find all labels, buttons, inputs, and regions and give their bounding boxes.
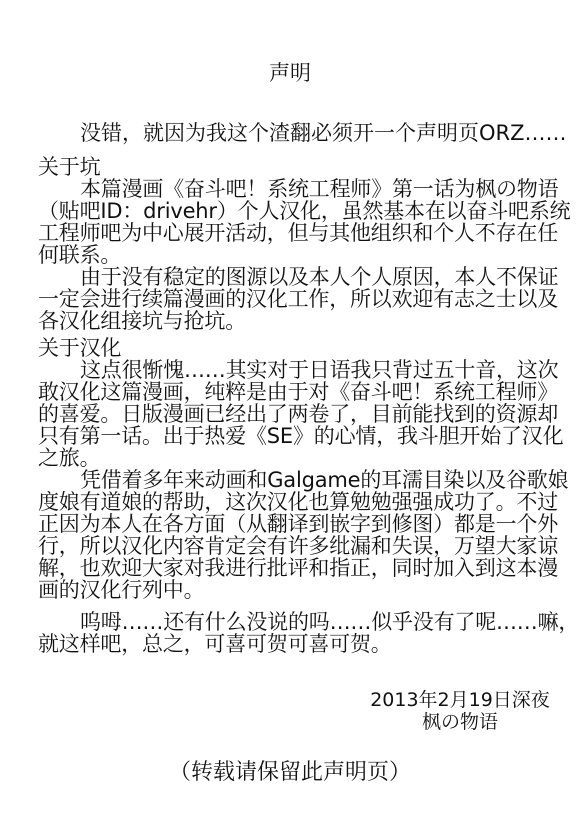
section-heading: 关于汉化 (38, 337, 558, 359)
date-line: 2013年2月19日深夜 (360, 689, 560, 711)
paragraph-line: 度娘有道娘的帮助，这次汉化也算勉勉强强成功了。不过 (38, 491, 558, 513)
paragraph-line: 工程师吧为中心展开活动，但与其他组织和个人不存在任 (38, 222, 558, 244)
signature: 枫の物语 (360, 711, 560, 733)
paragraph-line: 何联系。 (38, 244, 558, 266)
section-closing: 呜呣……还有什么没说的吗……似乎没有了呢……嘛， 就这样吧，总之，可喜可贺可喜可… (38, 611, 558, 655)
paragraph-line: 凭借着多年来动画和Galgame的耳濡目染以及谷歌娘 (38, 469, 558, 491)
section-about-translation: 关于汉化 这点很惭愧……其实对于日语我只背过五十音，这次 敢汉化这篇漫画，纯粹是… (38, 337, 558, 601)
paragraph-line: 呜呣……还有什么没说的吗……似乎没有了呢……嘛， (38, 611, 558, 633)
paragraph-line: 各汉化组接坑与抢坑。 (38, 310, 558, 332)
repost-notice: （转载请保留此声明页） (0, 760, 580, 786)
paragraph-line: 画的汉化行列中。 (38, 579, 558, 601)
paragraph-line: 一定会进行续篇漫画的汉化工作，所以欢迎有志之士以及 (38, 288, 558, 310)
statement-page: 声明 没错，就因为我这个渣翻必须开一个声明页ORZ…… 关于坑 本篇漫画《奋斗吧… (0, 0, 580, 818)
paragraph-line: 这点很惭愧……其实对于日语我只背过五十音，这次 (38, 359, 558, 381)
paragraph-line: 正因为本人在各方面（从翻译到嵌字到修图）都是一个外 (38, 513, 558, 535)
paragraph-line: （贴吧ID：drivehr）个人汉化，虽然基本在以奋斗吧系统 (38, 200, 558, 222)
paragraph-line: 敢汉化这篇漫画，纯粹是由于对《奋斗吧！系统工程师》 (38, 381, 558, 403)
paragraph-line: 的喜爱。日版漫画已经出了两卷了，目前能找到的资源却 (38, 403, 558, 425)
paragraph-line: 解，也欢迎大家对我进行批评和指正，同时加入到这本漫 (38, 557, 558, 579)
paragraph-line: 本篇漫画《奋斗吧！系统工程师》第一话为枫の物语 (38, 178, 558, 200)
section-about-project: 关于坑 本篇漫画《奋斗吧！系统工程师》第一话为枫の物语 （贴吧ID：driveh… (38, 156, 558, 332)
page-title: 声明 (0, 61, 580, 85)
paragraph-line: 行，所以汉化内容肯定会有许多纰漏和失误，万望大家谅 (38, 535, 558, 557)
paragraph-line: 之旅。 (38, 447, 558, 469)
intro-paragraph: 没错，就因为我这个渣翻必须开一个声明页ORZ…… (80, 121, 570, 145)
section-heading: 关于坑 (38, 156, 558, 178)
paragraph-line: 由于没有稳定的图源以及本人个人原因，本人不保证 (38, 266, 558, 288)
paragraph-line: 只有第一话。出于热爱《SE》的心情，我斗胆开始了汉化 (38, 425, 558, 447)
paragraph-line: 就这样吧，总之，可喜可贺可喜可贺。 (38, 633, 558, 655)
